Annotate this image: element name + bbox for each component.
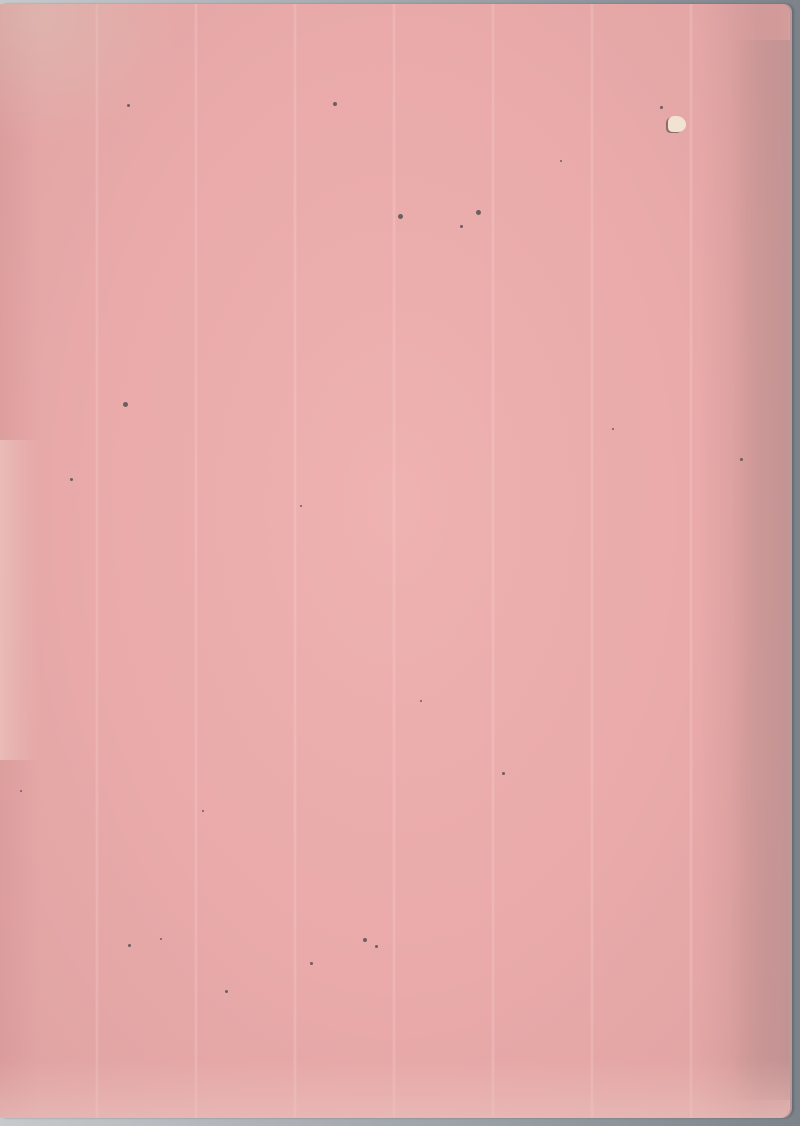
paper-speck [128, 944, 131, 947]
paper-speck [476, 210, 481, 215]
paper-speck [160, 938, 162, 940]
book-cover [0, 4, 790, 1118]
paper-speck [460, 225, 463, 228]
paper-speck [740, 458, 743, 461]
paper-speck [225, 990, 228, 993]
paper-speck [660, 106, 663, 109]
paper-tear-mark [668, 116, 686, 132]
paper-speck [70, 478, 73, 481]
paper-speck [20, 790, 22, 792]
paper-speck [127, 104, 130, 107]
paper-speck [310, 962, 313, 965]
paper-speck [300, 505, 302, 507]
paper-speck [375, 945, 378, 948]
paper-speck [398, 214, 403, 219]
paper-speck [420, 700, 422, 702]
cover-wear-left-edge [0, 440, 40, 760]
paper-speck [612, 428, 614, 430]
paper-speck [502, 772, 505, 775]
paper-speck [202, 810, 204, 812]
cover-spine-shadow [730, 40, 790, 1100]
paper-speck [333, 102, 337, 106]
cover-wear-bottom [0, 1060, 790, 1118]
cover-wear-top-left [0, 4, 180, 144]
paper-speck [363, 938, 367, 942]
paper-speck [123, 402, 128, 407]
paper-speck [560, 160, 562, 162]
